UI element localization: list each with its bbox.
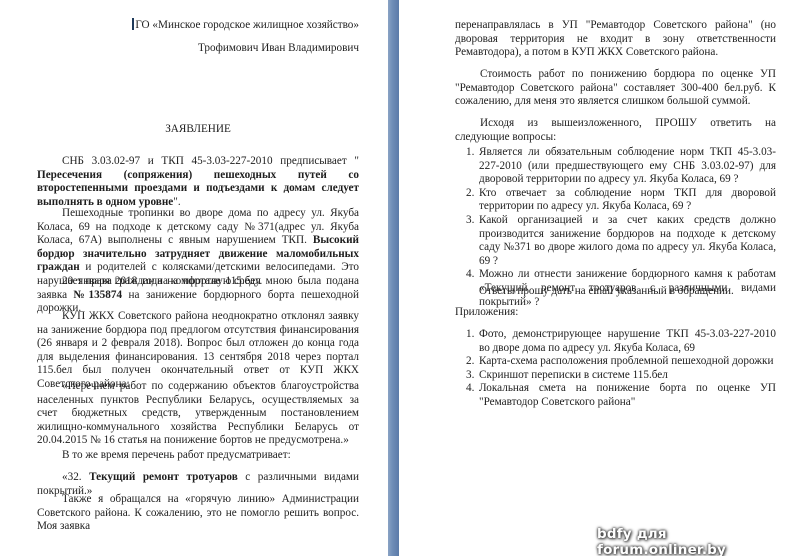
addressee: ГО «Минское городское жилищное хозяйство… xyxy=(135,19,359,31)
document-page-left[interactable]: ГО «Минское городское жилищное хозяйство… xyxy=(0,0,388,556)
paragraph-redirected: перенаправлялась в УП "Ремавтодор Советс… xyxy=(455,19,776,60)
paragraph-norms: СНБ 3.03.02-97 и ТКП 45-3.03-227-2010 пр… xyxy=(37,155,359,209)
attachment-item: 2.Карта-схема расположения проблемной пе… xyxy=(479,355,776,369)
paragraph-cost: Стоимость работ по понижению бордюра по … xyxy=(455,68,776,109)
attachment-item: 1.Фото, демонстрирующее нарушение ТКП 45… xyxy=(479,328,776,355)
attachments-heading: Приложения: xyxy=(455,306,776,320)
attachments-list: 1.Фото, демонстрирующее нарушение ТКП 45… xyxy=(479,328,776,410)
question-item: 3.Какой организацией и за счет каких сре… xyxy=(479,214,776,268)
paragraph-request-intro: Исходя из вышеизложенного, ПРОШУ ответит… xyxy=(455,117,776,144)
paragraph-list-provides: В то же время перечень работ предусматри… xyxy=(37,449,359,463)
document-title: ЗАЯВЛЕНИЕ xyxy=(37,123,359,137)
paragraph-quote-response: «Перечнем работ по содержанию объектов б… xyxy=(37,380,359,448)
addressee-line: ГО «Минское городское жилищное хозяйство… xyxy=(132,18,359,33)
page-divider xyxy=(388,0,399,556)
attachment-item: 3.Скриншот переписки в системе 115.бел xyxy=(479,369,776,383)
paragraph-hotline: Также я обращался на «горячую линию» Адм… xyxy=(37,493,359,534)
attachment-item: 4.Локальная смета на понижение борта по … xyxy=(479,382,776,409)
document-page-right[interactable]: перенаправлялась в УП "Ремавтодор Советс… xyxy=(399,0,800,556)
question-item: 2.Кто отвечает за соблюдение норм ТКП дл… xyxy=(479,187,776,214)
sender-name: Трофимович Иван Владимирович xyxy=(198,42,359,56)
question-item: 1.Является ли обязательным соблюдение но… xyxy=(479,146,776,187)
answer-request: Ответы прошу дать на email указанный в о… xyxy=(479,285,800,299)
watermark: bdfy для forum.onliner.by xyxy=(597,526,800,556)
